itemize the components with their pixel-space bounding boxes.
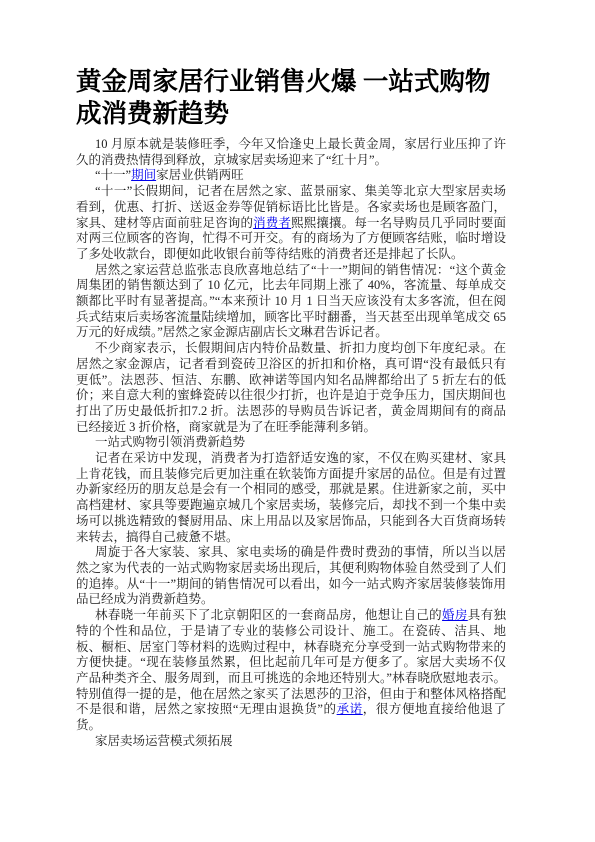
subhead-one-stop-trend: 一站式购物引领消费新趋势: [76, 435, 506, 451]
article-title: 黄金周家居行业销售火爆 一站式购物成消费新趋势: [76, 66, 506, 130]
text-run: 周旋于各大家装、家具、家电卖场的确是件费时费劲的事情，所以当以居然之家为代表的一…: [76, 545, 506, 606]
text-run: 家居业供销两旺: [156, 168, 244, 182]
text-run: 居然之家运营总监张志良欣喜地总结了“十一”期间的销售情况：“这个黄金周集团的销售…: [76, 263, 506, 340]
text-run: 记者在采访中发现，消费者为打造舒适安逸的家，不仅在购买建材、家具上肯花钱，而且装…: [76, 451, 506, 544]
link-consumer[interactable]: 消费者: [253, 216, 291, 230]
text-run: 一站式购物引领消费新趋势: [95, 435, 245, 449]
para-one-stop-popularity: 周旋于各大家装、家具、家电卖场的确是件费时费劲的事情，所以当以居然之家为代表的一…: [76, 545, 506, 608]
document-page: 黄金周家居行业销售火爆 一站式购物成消费新趋势 10 月原本就是装修旺季，今年又…: [0, 0, 595, 842]
para-consumer-experience: 记者在采访中发现，消费者为打造舒适安逸的家，不仅在购买建材、家具上肯花钱，而且装…: [76, 451, 506, 545]
article: 黄金周家居行业销售火爆 一站式购物成消费新趋势 10 月原本就是装修旺季，今年又…: [76, 66, 506, 749]
text-run: 10 月原本就是装修旺季，今年又恰逢史上最长黄金周，家居行业压抑了许久的消费热情…: [76, 137, 506, 167]
link-wedding-house[interactable]: 婚房: [442, 608, 468, 622]
subhead-supply-demand: “十一”期间家居业供销两旺: [76, 168, 506, 184]
text-run: 不少商家表示，长假期间店内特价品数量、折扣力度均创下年度纪录。在居然之家金源店，…: [76, 341, 506, 434]
para-golden-week-scene: “十一”长假期间，记者在居然之家、蓝景丽家、集美等北京大型家居卖场看到，优惠、打…: [76, 184, 506, 263]
link-period[interactable]: 期间: [131, 168, 156, 182]
para-intro: 10 月原本就是装修旺季，今年又恰逢史上最长黄金周，家居行业压抑了许久的消费热情…: [76, 137, 506, 168]
subhead-operation-model: 家居卖场运营模式须拓展: [76, 734, 506, 750]
text-run: 家居卖场运营模式须拓展: [95, 734, 233, 748]
link-promise[interactable]: 承诺: [337, 702, 363, 716]
para-discounts: 不少商家表示，长假期间店内特价品数量、折扣力度均创下年度纪录。在居然之家金源店，…: [76, 341, 506, 435]
para-sales-summary: 居然之家运营总监张志良欣喜地总结了“十一”期间的销售情况：“这个黄金周集团的销售…: [76, 263, 506, 342]
article-body: 10 月原本就是装修旺季，今年又恰逢史上最长黄金周，家居行业压抑了许久的消费热情…: [76, 137, 506, 749]
text-run: 林春晓一年前买下了北京朝阳区的一套商品房，他想让自己的: [95, 608, 442, 622]
para-linchunxiao-story: 林春晓一年前买下了北京朝阳区的一套商品房，他想让自己的婚房具有独特的个性和品位，…: [76, 608, 506, 734]
text-run: “十一”: [95, 168, 131, 182]
text-run: 具有独特的个性和品位，于是请了专业的装修公司设计、施工。在瓷砖、洁具、地板、橱柜…: [76, 608, 506, 716]
